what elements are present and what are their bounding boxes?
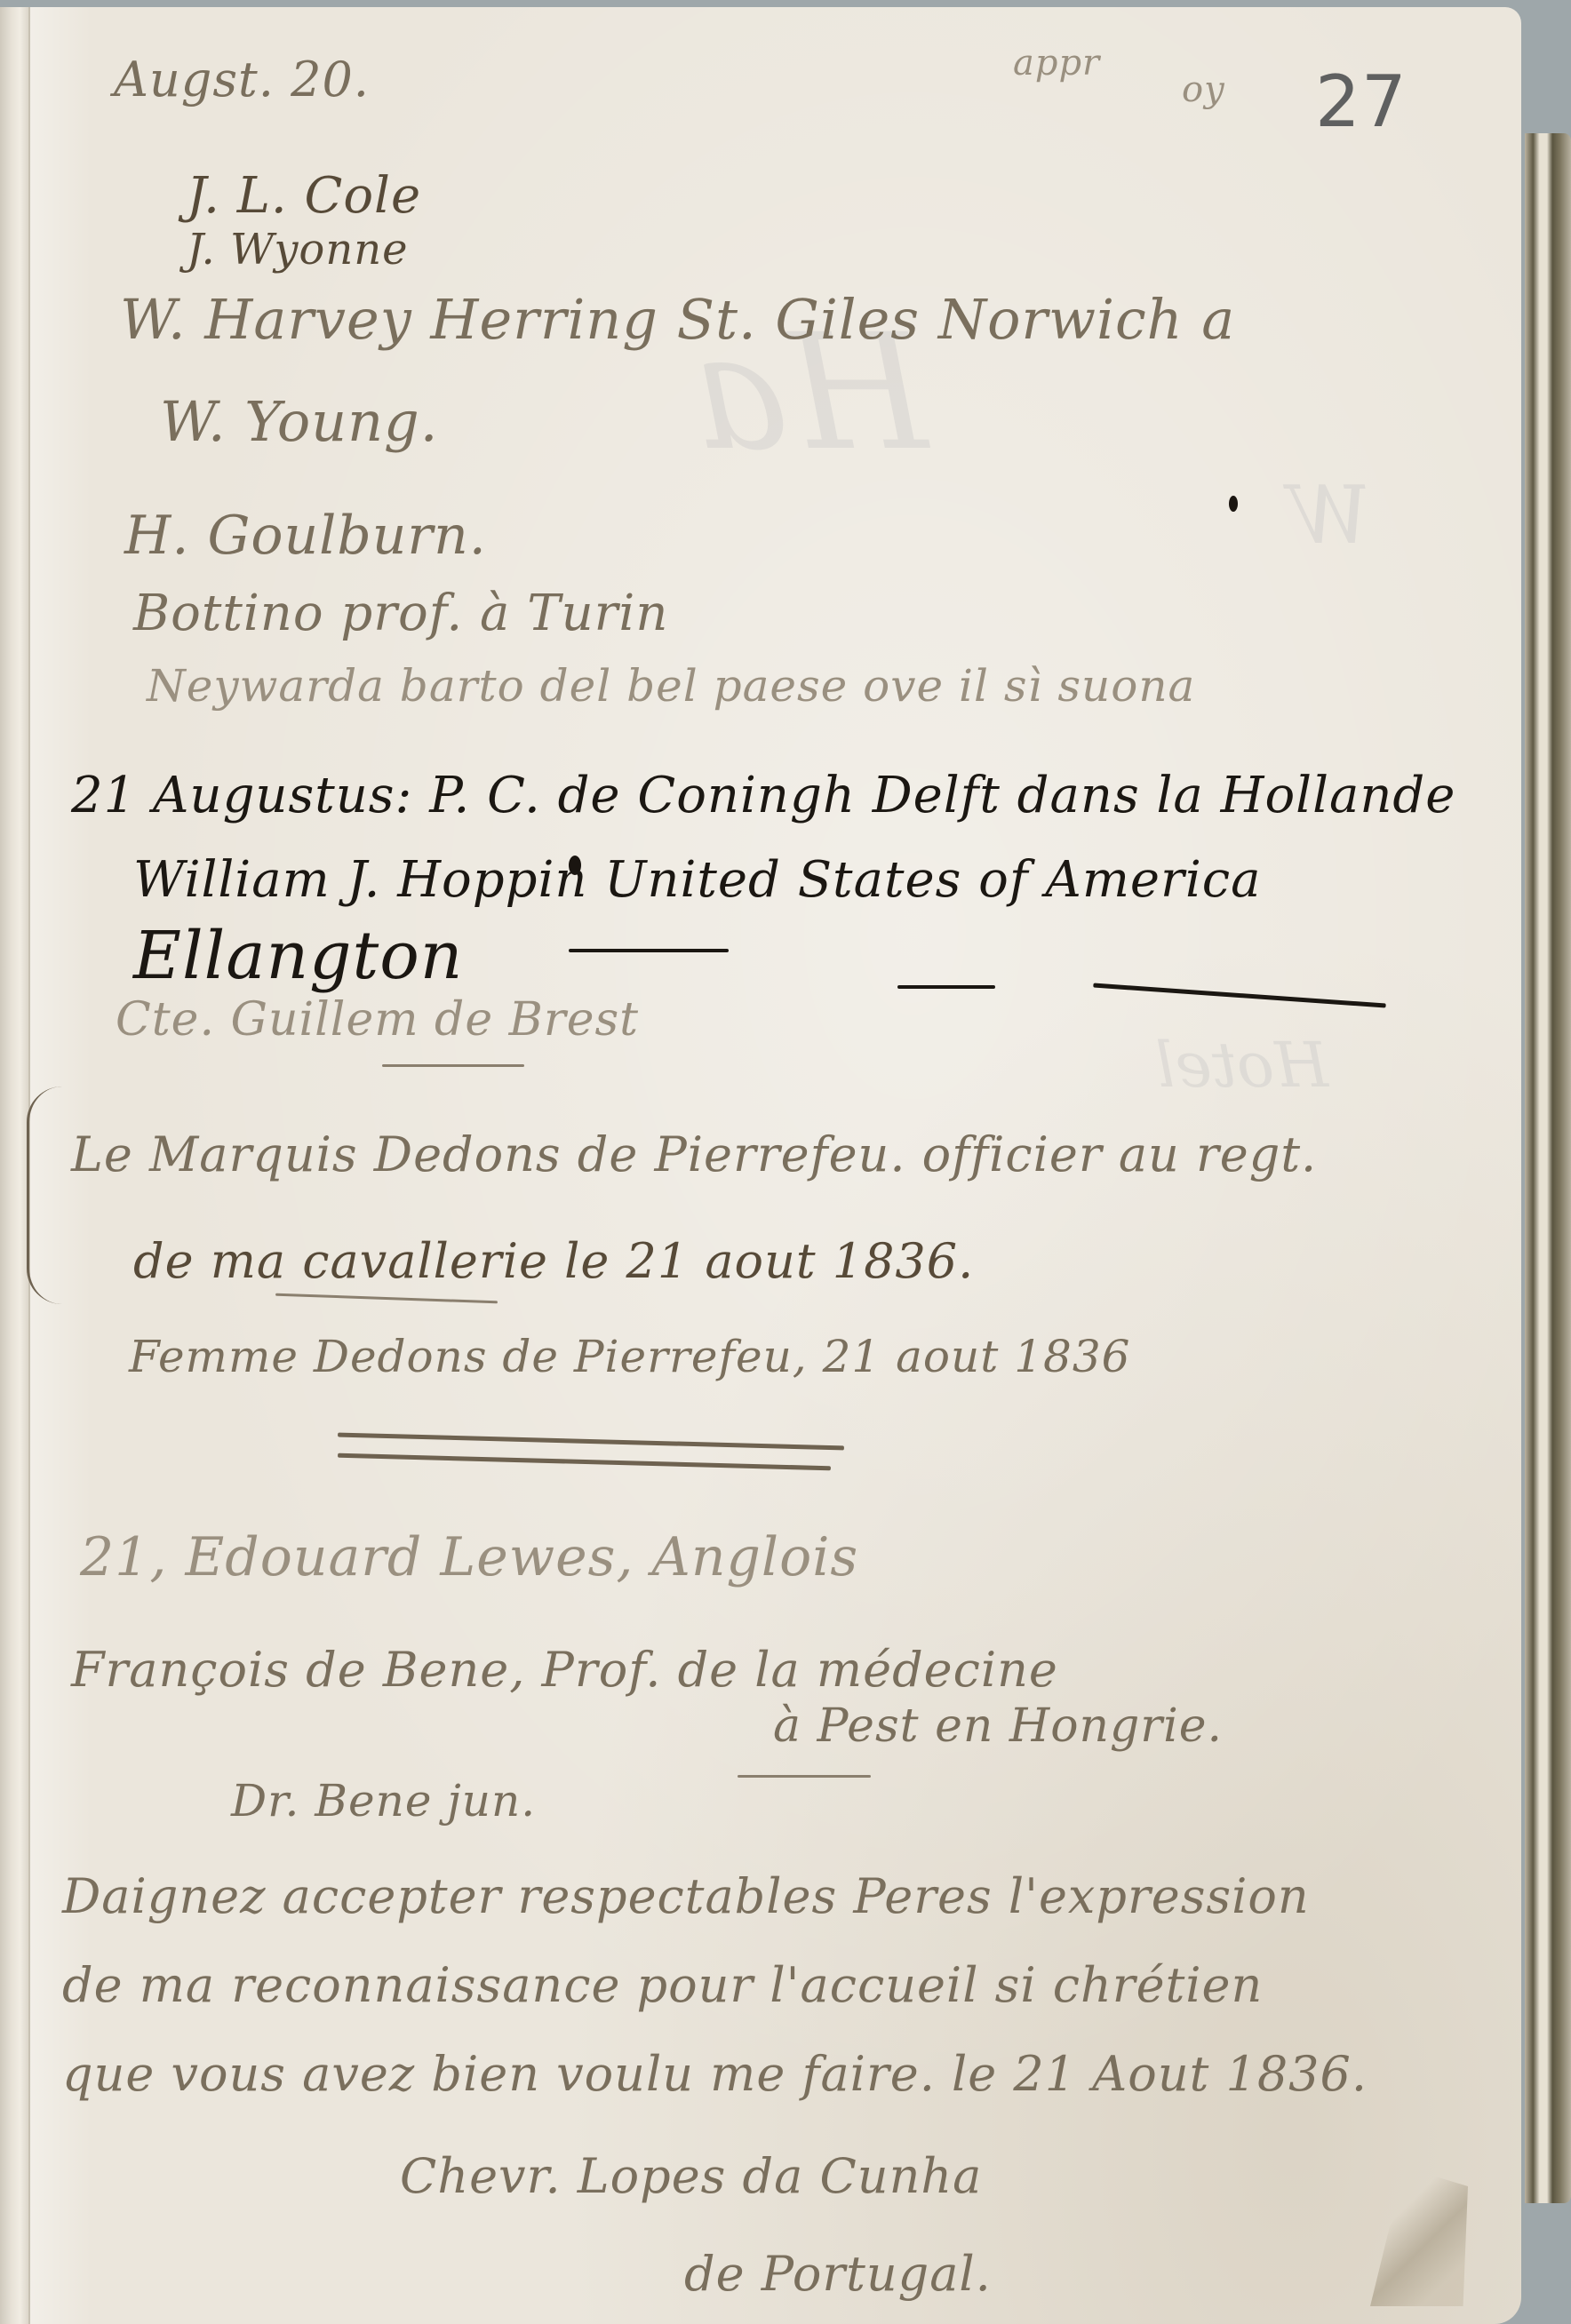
entry-ellangton-signature: Ellangton <box>133 918 463 994</box>
dash-mark <box>1093 983 1386 1007</box>
signature-flourish <box>569 949 729 952</box>
entry-coningh: 21 Augustus: P. C. de Coningh Delft dans… <box>71 767 1455 824</box>
entry-harvey-herring: W. Harvey Herring St. Giles Norwich a <box>120 287 1235 352</box>
overline-mark <box>382 1064 524 1067</box>
bracket-mark <box>27 1086 68 1304</box>
closing-line-2: de ma reconnaissance pour l'accueil si c… <box>62 1957 1263 2013</box>
separator-rule-top <box>338 1433 844 1451</box>
manuscript-page: Ha W Hotel Augst. 20. appr oy 27 J. L. C… <box>0 7 1521 2324</box>
closing-signature-origin: de Portugal. <box>684 2246 992 2302</box>
entry-wyonne: J. Wyonne <box>187 225 409 275</box>
dash-mark <box>897 985 995 989</box>
page-corner-curl <box>1370 2173 1468 2306</box>
separator-rule-bottom <box>338 1453 831 1471</box>
header-note-appr: appr <box>1013 43 1100 84</box>
entry-hoppin: William J. Hoppin United States of Ameri… <box>133 851 1262 909</box>
bleed-through-text: W <box>1288 469 1371 562</box>
underline-mark <box>275 1293 498 1304</box>
entry-marquis-line1: Le Marquis Dedons de Pierrefeu. officier… <box>71 1126 1317 1182</box>
entry-bene-jun: Dr. Bene jun. <box>231 1775 536 1827</box>
entry-goulburn: H. Goulburn. <box>124 505 487 567</box>
header-date: Augst. 20. <box>114 52 370 107</box>
entry-cole: J. L. Cole <box>187 167 421 225</box>
manuscript-scan: Ha W Hotel Augst. 20. appr oy 27 J. L. C… <box>0 0 1571 2324</box>
entry-neywarda: Neywarda barto del bel paese ove il sì s… <box>147 660 1195 712</box>
entry-lewes: 21, Edouard Lewes, Anglois <box>80 1526 858 1588</box>
bleed-through-text: Hotel <box>1155 1029 1328 1102</box>
closing-line-3: que vous avez bien voulu me faire. le 21… <box>62 2046 1368 2102</box>
entry-bene-line1: François de Bene, Prof. de la médecine <box>71 1642 1058 1698</box>
closing-line-1: Daignez accepter respectables Peres l'ex… <box>62 1868 1310 1924</box>
entry-marquis-line2: de ma cavallerie le 21 aout 1836. <box>133 1233 974 1289</box>
dash-mark <box>738 1775 871 1778</box>
entry-bene-line2: à Pest en Hongrie. <box>773 1699 1223 1753</box>
entry-guillem-brest: Cte. Guillem de Brest <box>116 993 639 1047</box>
binding-gutter <box>0 7 30 2324</box>
entry-young: W. Young. <box>160 389 438 454</box>
page-edges <box>1525 133 1571 2203</box>
header-note-oy: oy <box>1182 69 1225 110</box>
page-number: 27 <box>1315 60 1408 143</box>
entry-femme-dedons: Femme Dedons de Pierrefeu, 21 aout 1836 <box>129 1331 1130 1382</box>
ink-blot <box>1229 496 1238 512</box>
entry-bottino: Bottino prof. à Turin <box>133 585 668 642</box>
closing-signature: Chevr. Lopes da Cunha <box>400 2148 982 2204</box>
